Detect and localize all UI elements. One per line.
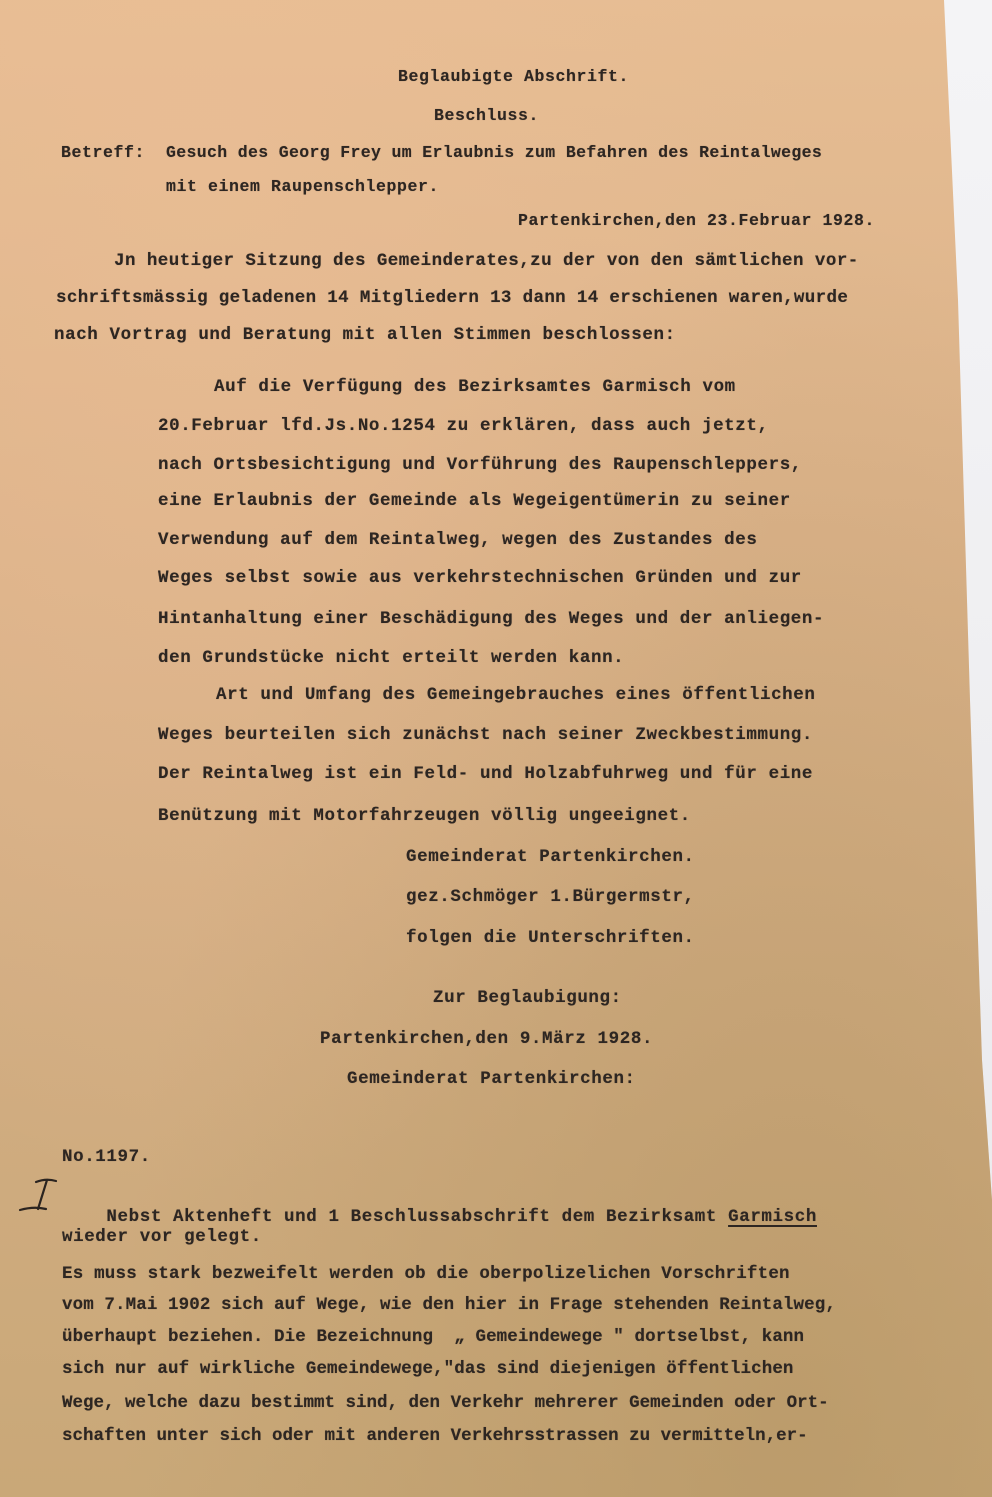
- resolution-p2-line-4: Benützung mit Motorfahrzeugen völlig ung…: [158, 805, 691, 827]
- resolution-p1-line-1: Auf die Verfügung des Bezirksamtes Garmi…: [214, 376, 736, 398]
- certification-council: Gemeinderat Partenkirchen:: [347, 1068, 636, 1090]
- closing-line-1: Es muss stark bezweifelt werden ob die o…: [62, 1263, 790, 1285]
- signature-council: Gemeinderat Partenkirchen.: [406, 846, 695, 868]
- endorsement-line-2: wieder vor gelegt.: [62, 1226, 262, 1248]
- resolution-p1-line-4: eine Erlaubnis der Gemeinde als Wegeigen…: [158, 490, 791, 512]
- signature-mayor: gez.Schmöger 1.Bürgermstr,: [406, 886, 695, 908]
- resolution-p1-line-5: Verwendung auf dem Reintalweg, wegen des…: [158, 529, 758, 551]
- resolution-p1-line-3: nach Ortsbesichtigung und Vorführung des…: [158, 454, 802, 476]
- subject-line-2: mit einem Raupenschlepper.: [166, 176, 439, 198]
- closing-line-6: schaften unter sich oder mit anderen Ver…: [62, 1425, 808, 1447]
- subject-line-1: Gesuch des Georg Frey um Erlaubnis zum B…: [166, 142, 822, 164]
- certification-label: Zur Beglaubigung:: [433, 987, 622, 1009]
- resolution-p1-line-8: den Grundstücke nicht erteilt werden kan…: [158, 647, 624, 669]
- intro-line-2: schriftsmässig geladenen 14 Mitgliedern …: [56, 287, 848, 309]
- closing-line-2: vom 7.Mai 1902 sich auf Wege, wie den hi…: [62, 1294, 836, 1316]
- intro-line-3: nach Vortrag und Beratung mit allen Stim…: [54, 324, 676, 346]
- resolution-p2-line-1: Art und Umfang des Gemeingebrauches eine…: [216, 684, 816, 706]
- resolution-p1-line-2: 20.Februar lfd.Js.No.1254 zu erklären, d…: [158, 415, 769, 437]
- document-title: Beglaubigte Abschrift.: [398, 66, 629, 88]
- resolution-p1-line-7: Hintanhaltung einer Beschädigung des Weg…: [158, 608, 824, 630]
- document-page: Beglaubigte Abschrift. Beschluss. Betref…: [0, 0, 992, 1497]
- subject-label: Betreff:: [61, 142, 145, 164]
- closing-line-4: sich nur auf wirkliche Gemeindewege,"das…: [62, 1358, 794, 1380]
- endorsement-number: No.1197.: [62, 1146, 151, 1168]
- signature-followup: folgen die Unterschriften.: [406, 927, 695, 949]
- resolution-p1-line-6: Weges selbst sowie aus verkehrstechnisch…: [158, 567, 802, 589]
- resolution-p2-line-3: Der Reintalweg ist ein Feld- und Holzabf…: [158, 763, 813, 785]
- certification-place-date: Partenkirchen,den 9.März 1928.: [320, 1028, 653, 1050]
- place-date: Partenkirchen,den 23.Februar 1928.: [518, 210, 875, 232]
- endorsement-line-1-text: Nebst Aktenheft und 1 Beschlussabschrift…: [106, 1207, 728, 1227]
- resolution-p2-line-2: Weges beurteilen sich zunächst nach sein…: [158, 724, 813, 746]
- document-subtitle: Beschluss.: [434, 105, 539, 127]
- handwritten-margin-mark-icon: [16, 1175, 64, 1217]
- intro-line-1: Jn heutiger Sitzung des Gemeinderates,zu…: [114, 250, 859, 272]
- endorsement-underlined-place: Garmisch: [728, 1207, 817, 1227]
- closing-line-3: überhaupt beziehen. Die Bezeichnung „ Ge…: [62, 1326, 804, 1348]
- closing-line-5: Wege, welche dazu bestimmt sind, den Ver…: [62, 1392, 829, 1414]
